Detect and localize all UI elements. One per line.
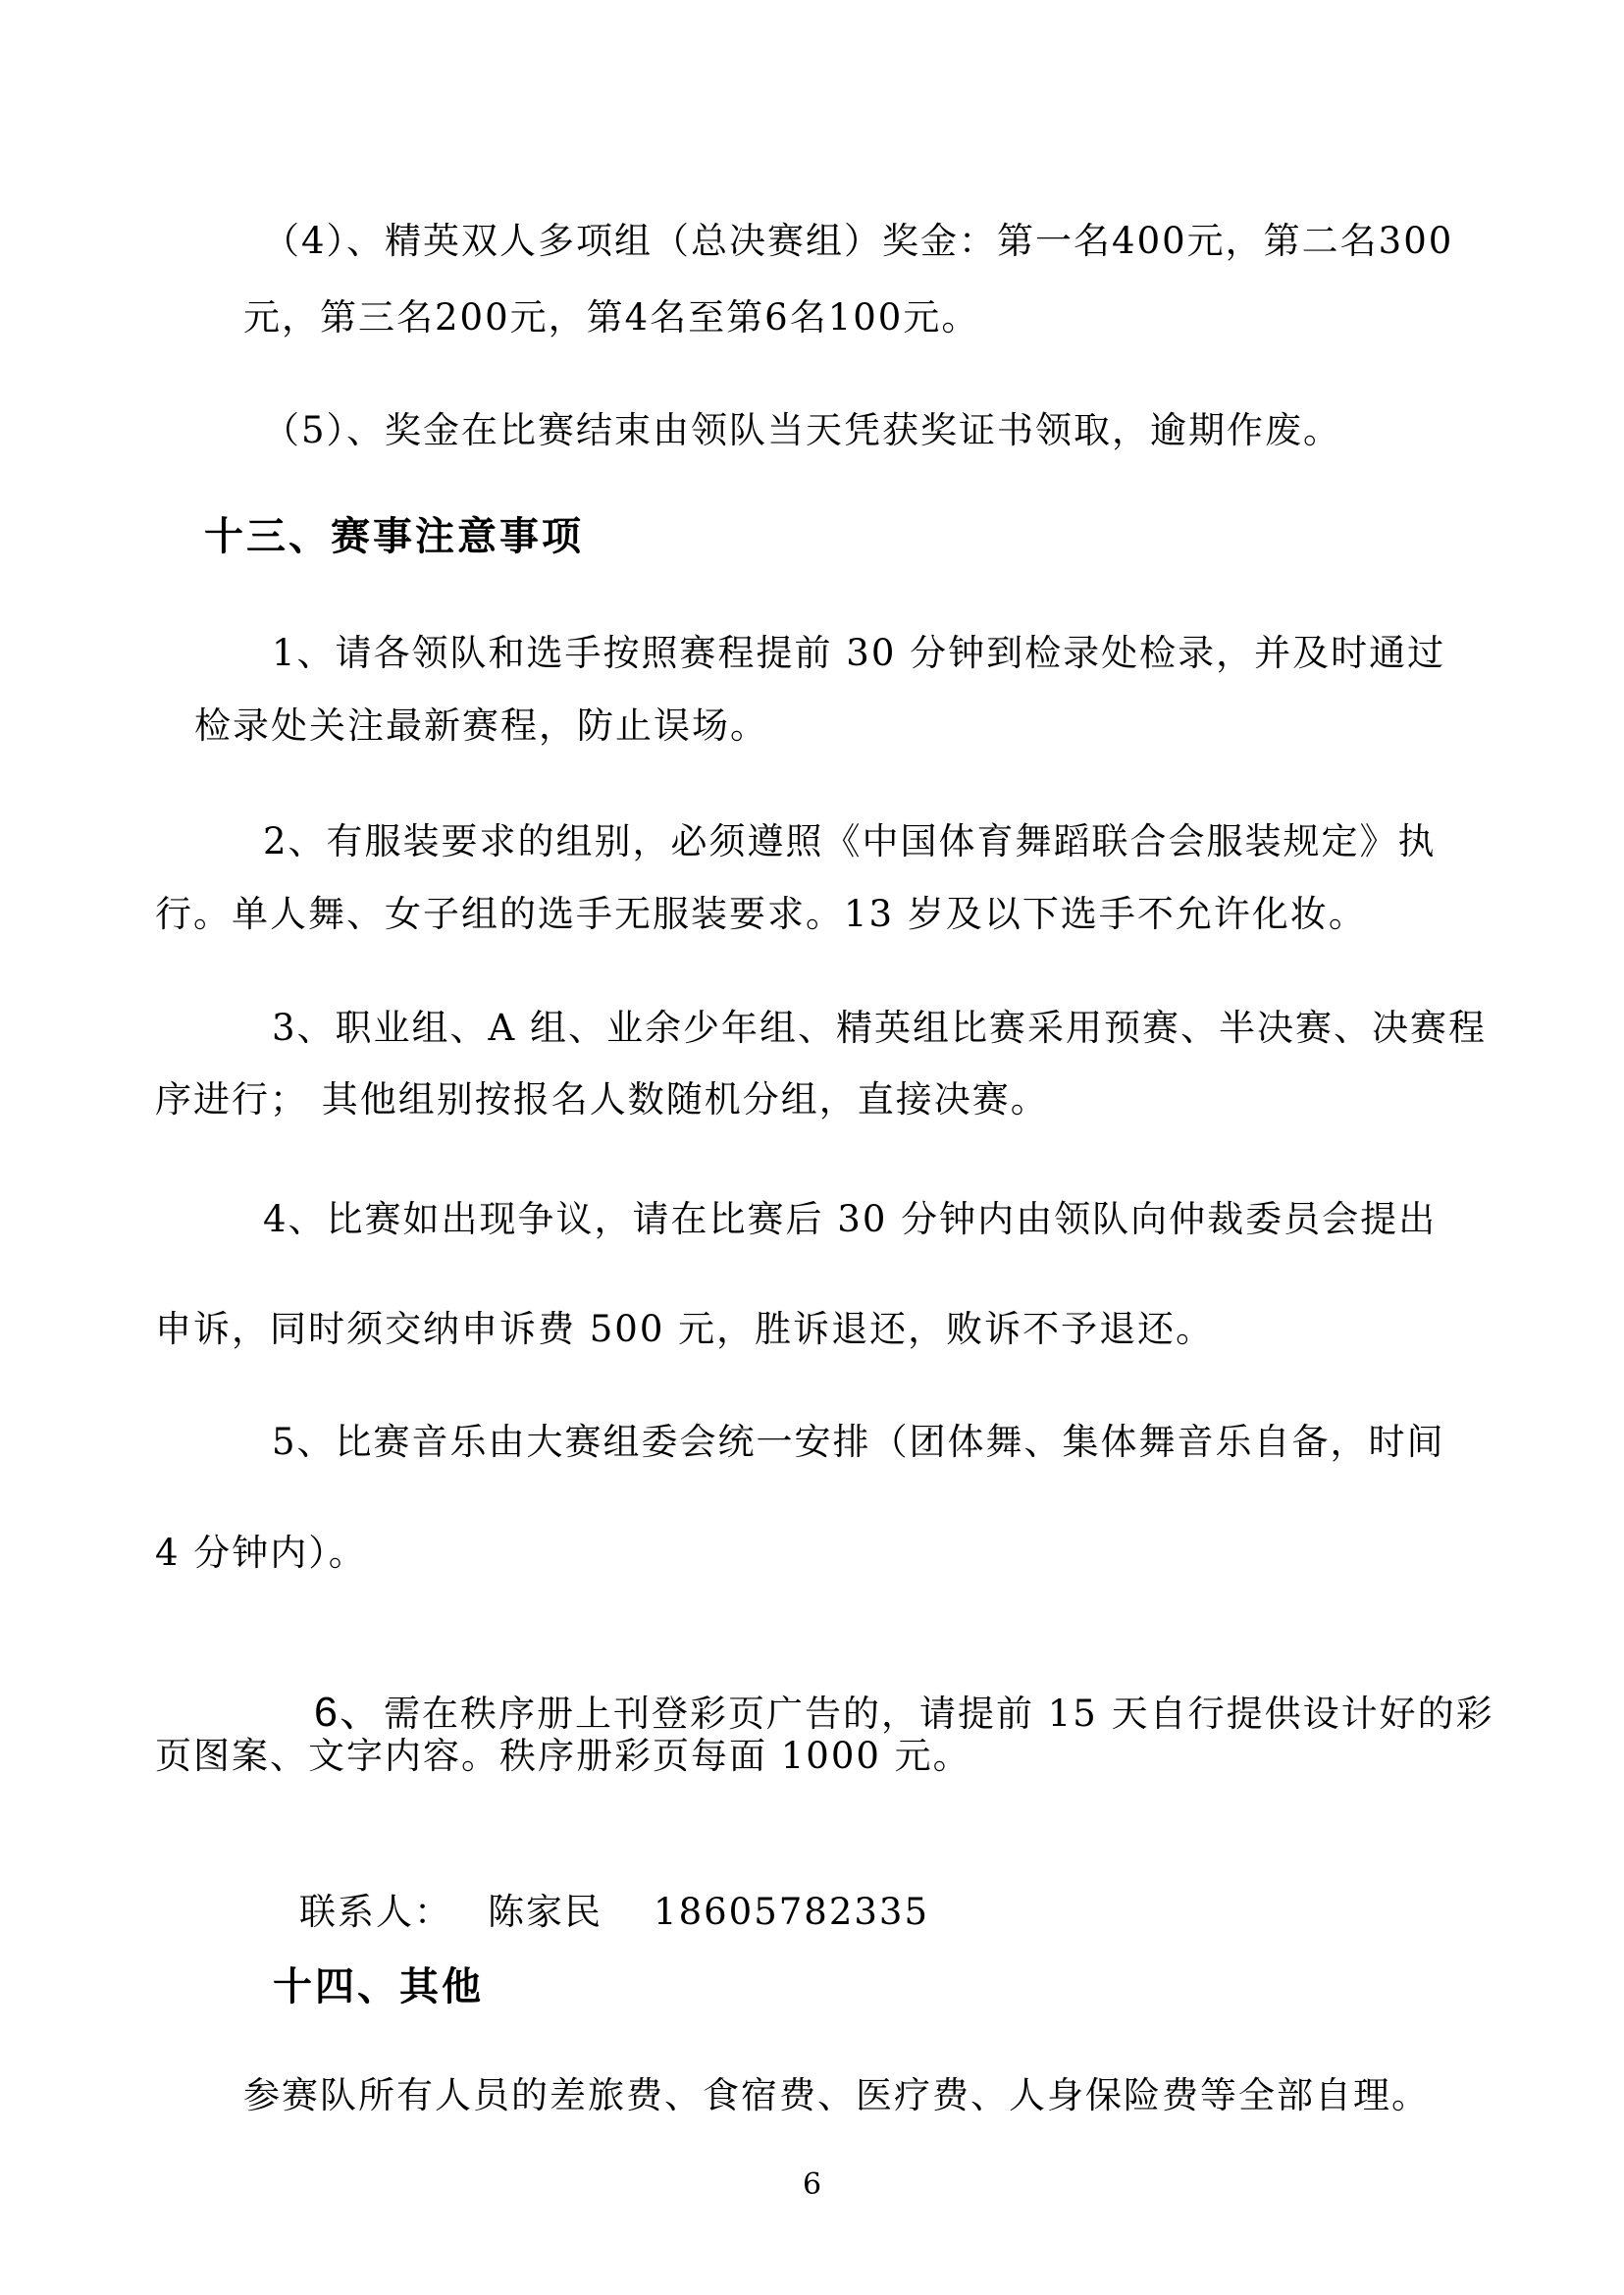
item-2-line-2: 行。单人舞、女子组的选手无服装要求。13 岁及以下选手不允许化妆。 (155, 894, 1367, 936)
item-1-line-2: 检录处关注最新赛程，防止误场。 (194, 705, 768, 748)
item-3-line-1: 3、职业组、A 组、业余少年组、精英组比赛采用预赛、半决赛、决赛程 (272, 1008, 1487, 1050)
contact-phone: 18605782335 (654, 1891, 929, 1933)
item-5-line-1: 5、比赛音乐由大赛组委会统一安排（团体舞、集体舞音乐自备，时间 (272, 1422, 1445, 1464)
section-14-body: 参赛队所有人员的差旅费、食宿费、医疗费、人身保险费等全部自理。 (243, 2075, 1430, 2117)
item-4-line-1: 4、比赛如出现争议，请在比赛后 30 分钟内由领队向仲裁委员会提出 (263, 1199, 1437, 1241)
item-2-line-1: 2、有服装要求的组别，必须遵照《中国体育舞蹈联合会服装规定》执 (263, 821, 1437, 863)
item-3-line-2: 序进行； 其他组别按报名人数随机分组，直接决赛。 (155, 1079, 1049, 1121)
page-number: 6 (0, 2168, 1624, 2203)
clause-5-line-1: （5）、奖金在比赛结束由领队当天凭获奖证书领取，逾期作废。 (263, 410, 1341, 452)
item-4-line-2: 申诉，同时须交纳申诉费 500 元，胜诉退还，败诉不予退还。 (155, 1309, 1214, 1351)
item-6-line-1-text: 需在秩序册上刊登彩页广告的，请提前 15 天自行提供设计好的彩 (384, 1693, 1494, 1735)
item-5-line-2: 4 分钟内）。 (155, 1533, 367, 1575)
clause-4-line-2: 元，第三名200元，第4名至第6名100元。 (243, 297, 979, 339)
item-6-number: 6、 (314, 1689, 384, 1736)
item-6-line-2: 页图案、文字内容。秩序册彩页每面 1000 元。 (155, 1736, 971, 1778)
clause-4-line-1: （4）、精英双人多项组（总决赛组）奖金：第一名400元，第二名300 (263, 221, 1453, 263)
document-page: （4）、精英双人多项组（总决赛组）奖金：第一名400元，第二名300 元，第三名… (0, 0, 1624, 2295)
item-1-line-1: 1、请各领队和选手按照赛程提前 30 分钟到检录处检录，并及时通过 (272, 633, 1445, 675)
section-13-heading: 十三、赛事注意事项 (204, 514, 584, 559)
contact-name: 陈家民 (488, 1891, 602, 1933)
contact-label: 联系人： (299, 1891, 452, 1933)
section-14-heading: 十四、其他 (273, 1964, 484, 2009)
contact-line: 联系人：陈家民18605782335 (245, 1850, 929, 1975)
